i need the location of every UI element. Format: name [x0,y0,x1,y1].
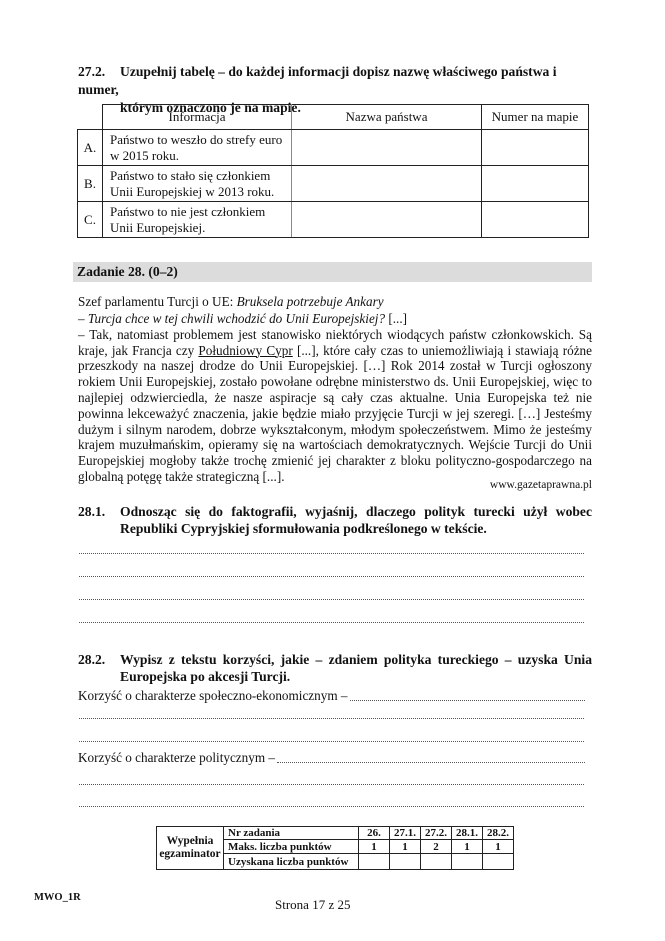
info-line-2: Unii Europejskiej. [110,220,205,235]
max-points-cell: 1 [390,840,421,854]
country-answer-cell[interactable] [292,130,482,166]
question-suffix: [...] [385,311,407,326]
row-letter: A. [78,130,103,166]
obtained-points-cell[interactable] [390,854,421,870]
country-info-table: Informacja Nazwa państwa Numer na mapie … [77,104,589,238]
socio-economic-answer-line[interactable] [350,700,586,701]
exam-code: MWO_1R [34,892,81,903]
task-28-header-band: Zadanie 28. (0–2) [73,262,592,282]
answer-line[interactable] [79,553,584,554]
underlined-phrase: Południowy Cypr [198,343,292,358]
examiner-label: Wypełniaegzaminator [157,827,224,870]
source-article: – Turcja chce w tej chwili wchodzić do U… [78,311,592,485]
answer-line[interactable] [79,784,584,785]
row-info: Państwo to weszło do strefy eurow 2015 r… [103,130,292,166]
instruction-line-1: Uzupełnij tabelę – do każdej informacji … [78,64,557,97]
page-number: Strona 17 z 25 [275,897,350,913]
question-italic: – Turcja chce w tej chwili wchodzić do U… [78,311,385,326]
political-answer-line[interactable] [277,762,585,763]
table-row: B. Państwo to stało się członkiemUnii Eu… [78,166,589,202]
side-label-2: egzaminator [159,848,220,860]
task-number-cell: 28.1. [452,827,483,840]
socio-economic-label: Korzyść o charakterze społeczno-ekonomic… [78,688,350,704]
obtained-points-cell[interactable] [452,854,483,870]
subtask-number: 28.2. [78,651,120,668]
answer-line[interactable] [79,599,584,600]
source-title: Szef parlamentu Turcji o UE: Bruksela po… [78,294,592,310]
side-label-1: Wypełnia [167,835,214,847]
row-letter: C. [78,202,103,238]
row-info: Państwo to stało się członkiemUnii Europ… [103,166,292,202]
map-number-answer-cell[interactable] [482,202,589,238]
source-url: www.gazetaprawna.pl [478,479,592,491]
row-label: Uzyskana liczba punktów [224,854,359,870]
row-letter: B. [78,166,103,202]
task-number-row: Wypełniaegzaminator Nr zadania 26. 27.1.… [157,827,514,840]
max-points-cell: 2 [421,840,452,854]
task-number-cell: 28.2. [483,827,514,840]
political-label: Korzyść o charakterze politycznym – [78,750,277,766]
corner-cell [78,105,103,130]
answer-part-2: [...], które cały czas to uniemożliwiają… [78,343,592,484]
max-points-cell: 1 [483,840,514,854]
subtask-number: 28.1. [78,503,120,520]
task-number-cell: 27.1. [390,827,421,840]
row-label: Maks. liczba punktów [224,840,359,854]
source-title-italic: Bruksela potrzebuje Ankary [237,294,384,309]
source-title-prefix: Szef parlamentu Turcji o UE: [78,294,237,309]
obtained-points-cell[interactable] [483,854,514,870]
header-nazwa-panstwa: Nazwa państwa [292,105,482,130]
info-line-2: w 2015 roku. [110,148,179,163]
info-line-1: Państwo to stało się członkiem [110,168,270,183]
row-info: Państwo to nie jest członkiemUnii Europe… [103,202,292,238]
political-answer-row[interactable]: Korzyść o charakterze politycznym – [78,750,585,766]
obtained-points-cell[interactable] [421,854,452,870]
info-line-2: Unii Europejskiej w 2013 roku. [110,184,274,199]
task-number: 27.2. [78,63,120,81]
header-numer-na-mapie: Numer na mapie [482,105,589,130]
answer-line[interactable] [79,718,584,719]
info-line-1: Państwo to weszło do strefy euro [110,132,282,147]
task-number-cell: 27.2. [421,827,452,840]
task-number-cell: 26. [359,827,390,840]
answer-line[interactable] [79,806,584,807]
country-answer-cell[interactable] [292,202,482,238]
table-row: C. Państwo to nie jest członkiemUnii Eur… [78,202,589,238]
task-28-title: Zadanie 28. (0–2) [77,264,178,280]
info-line-1: Państwo to nie jest członkiem [110,204,265,219]
map-number-answer-cell[interactable] [482,166,589,202]
interview-answer: – Tak, natomiast problemem jest stanowis… [78,327,592,485]
subtask-text: Wypisz z tekstu korzyści, jakie – zdanie… [120,651,592,685]
header-informacja: Informacja [103,105,292,130]
answer-line[interactable] [79,741,584,742]
answer-line[interactable] [79,622,584,623]
max-points-cell: 1 [452,840,483,854]
subtask-text: Odnosząc się do faktografii, wyjaśnij, d… [120,503,592,537]
obtained-points-cell[interactable] [359,854,390,870]
map-number-answer-cell[interactable] [482,130,589,166]
row-label: Nr zadania [224,827,359,840]
table-row: A. Państwo to weszło do strefy eurow 201… [78,130,589,166]
subtask-28-1-instruction: 28.1. Odnosząc się do faktografii, wyjaś… [78,503,592,537]
country-answer-cell[interactable] [292,166,482,202]
subtask-28-2-instruction: 28.2. Wypisz z tekstu korzyści, jakie – … [78,651,592,685]
socio-economic-answer-row[interactable]: Korzyść o charakterze społeczno-ekonomic… [78,688,585,704]
table-header-row: Informacja Nazwa państwa Numer na mapie [78,105,589,130]
interview-question: – Turcja chce w tej chwili wchodzić do U… [78,311,592,327]
examiner-score-table: Wypełniaegzaminator Nr zadania 26. 27.1.… [156,826,514,870]
max-points-cell: 1 [359,840,390,854]
answer-line[interactable] [79,576,584,577]
